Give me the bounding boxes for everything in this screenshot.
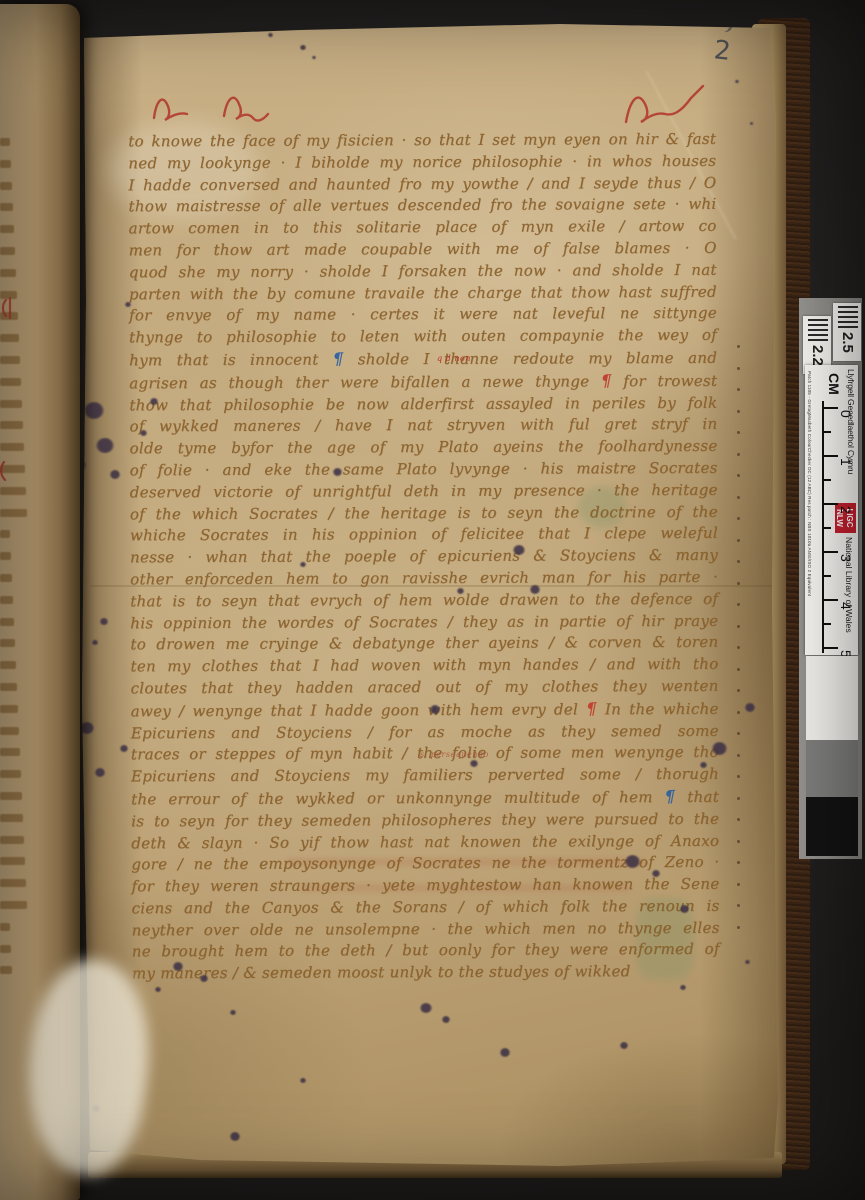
- ink-blot: [300, 1078, 306, 1083]
- pricking-hole: [737, 625, 740, 628]
- manuscript-line: ten my clothes that I had woven with myn…: [130, 654, 718, 678]
- manuscript-line: nesse · whan that the poeple of epicurie…: [130, 545, 718, 569]
- manuscript-line: of the which Socrates / the heritage is …: [130, 501, 718, 525]
- ink-blot: [680, 905, 689, 913]
- ruler-tick: [824, 599, 838, 601]
- ruler-tick-minor: [824, 479, 831, 481]
- pricking-hole: [737, 711, 740, 714]
- ruler-scale: 012345: [805, 365, 858, 655]
- interlinear-gloss: s. persequendo: [420, 751, 489, 759]
- grayscale-patch-gray: [806, 740, 858, 797]
- manuscript-line: ne brought hem to the deth / but oonly f…: [132, 939, 720, 963]
- manuscript-line: I hadde conversed and haunted fro my yow…: [128, 172, 716, 196]
- ink-blot: [80, 722, 94, 734]
- ruler-number: 4: [838, 602, 854, 610]
- manuscript-line: his oppinion the wordes of Socrates / th…: [130, 610, 718, 634]
- ink-blot: [200, 975, 208, 982]
- ink-blot: [95, 768, 105, 777]
- pilcrow-mark: ¶: [586, 699, 597, 718]
- ruler-tick-minor: [824, 431, 831, 433]
- pricking-hole: [737, 840, 740, 843]
- ink-blot: [712, 742, 727, 755]
- ruler-number: 1: [838, 458, 854, 466]
- ink-blot: [110, 470, 120, 479]
- pricking-hole: [737, 345, 740, 348]
- ruler-tick: [824, 503, 838, 505]
- pricking-hole: [737, 754, 740, 757]
- manuscript-line: other enforceden hem to gon ravisshe evr…: [130, 567, 718, 591]
- pricking-hole: [737, 926, 740, 929]
- pricking-hole: [737, 367, 740, 370]
- manuscript-line: deserved victorie of unrightful deth in …: [130, 479, 718, 503]
- ink-blot: [230, 1010, 236, 1015]
- manuscript-line: deth & slayn · So yif thow hast nat know…: [131, 830, 719, 854]
- calibration-label-value: 2.5: [837, 332, 857, 353]
- ink-blot: [430, 705, 440, 714]
- ink-blot: [300, 45, 306, 50]
- manuscript-line: olde tyme byfor the age of my Plato ayei…: [129, 436, 717, 460]
- pricking-hole: [737, 646, 740, 649]
- ruler-tick-minor: [824, 527, 831, 529]
- ink-blot: [745, 703, 755, 712]
- ink-blot: [150, 398, 158, 405]
- barcode-stripes-icon: [838, 306, 858, 328]
- pricking-hole: [737, 904, 740, 907]
- pricking-hole: [737, 560, 740, 563]
- pricking-hole: [737, 861, 740, 864]
- manuscript-line: parten with the by comune travaile the c…: [129, 281, 717, 305]
- manuscript-line: of folie · and eke the same Plato lyvyng…: [130, 458, 718, 482]
- margin-rubric-marks: [0, 4, 40, 1200]
- manuscript-line: for envye of my name · certes it were na…: [129, 303, 717, 327]
- ink-blot: [120, 745, 128, 752]
- ruler-number: 2: [838, 506, 854, 514]
- ink-blot: [312, 56, 316, 59]
- pricking-hole: [737, 431, 740, 434]
- pricking-hole: [737, 775, 740, 778]
- ruler-tick-minor: [824, 623, 831, 625]
- manuscript-line: agrisen as though ther were bifallen a n…: [129, 369, 717, 394]
- calibration-label-value: 2.2: [807, 345, 827, 366]
- manuscript-line: thow that philosophie be now alderfirst …: [129, 392, 717, 416]
- grayscale-patch-black: [806, 797, 858, 856]
- manuscript-line: ned my lookynge · I biholde my norice ph…: [128, 151, 716, 175]
- pricking-hole: [737, 453, 740, 456]
- pricking-hole: [737, 474, 740, 477]
- ruler: Llyfrgell Genedlaethol Cymru LlGC NLW Na…: [805, 365, 858, 655]
- manuscript-line: that is to seyn that evrych of hem wolde…: [130, 588, 718, 612]
- manuscript-line: my maneres / & semeden moost unlyk to th…: [132, 961, 720, 985]
- pricking-hole: [737, 410, 740, 413]
- ink-blot: [420, 1003, 432, 1013]
- ink-blot: [530, 585, 540, 594]
- pricking-hole: [737, 883, 740, 886]
- pilcrow-mark: ¶: [664, 787, 675, 806]
- ruler-tick-minor: [824, 575, 831, 577]
- ink-blot: [155, 987, 161, 992]
- manuscript-line: quod she my norry · sholde I forsaken th…: [129, 260, 717, 284]
- pricking-hole: [737, 517, 740, 520]
- manuscript-line: to knowe the face of my fisicien · so th…: [128, 129, 716, 153]
- ruler-tick: [824, 455, 838, 457]
- manuscript-line: whiche Socrates in his oppinion of felic…: [130, 523, 718, 547]
- ink-blot: [470, 760, 478, 767]
- manuscript-line: thynge to philosophie to leten with oute…: [129, 325, 717, 349]
- ink-blot: [457, 588, 464, 594]
- ruler-tick: [824, 551, 838, 553]
- pilcrow-mark: ¶: [601, 371, 612, 390]
- ruler-number: 0: [838, 410, 854, 418]
- ruler-tick: [824, 407, 838, 409]
- manuscript-line: the errour of the wykked or unkonnynge m…: [131, 786, 719, 811]
- barcode-stripes-icon: [808, 319, 828, 341]
- pricking-hole: [737, 603, 740, 606]
- pricking-hole: [737, 689, 740, 692]
- ink-blot: [173, 962, 183, 971]
- ink-blot: [442, 1016, 450, 1023]
- ink-blot: [625, 855, 640, 868]
- grayscale-patch-white: [806, 656, 858, 740]
- ink-blot: [333, 468, 342, 476]
- folio-number: 2: [712, 35, 732, 67]
- ruler-tick: [824, 647, 838, 649]
- ink-blot: [700, 762, 707, 768]
- ink-blot: [140, 430, 147, 436]
- pricking-hole: [737, 539, 740, 542]
- ink-blot: [620, 1042, 628, 1049]
- pilcrow-mark: ¶: [333, 349, 344, 368]
- ink-blot: [84, 402, 104, 419]
- interlinear-gloss: q d non: [437, 355, 471, 363]
- manuscript-line: Epicuriens and Stoyciens / for as moche …: [131, 720, 719, 744]
- manuscript-line: to drowen me cryinge & debatynge ther ay…: [130, 632, 718, 656]
- calibration-label-2-5: 2.5: [833, 303, 861, 361]
- ink-blot: [500, 1048, 510, 1057]
- pricking-hole: [737, 797, 740, 800]
- manuscript-line: thow maistresse of alle vertues descende…: [128, 194, 716, 218]
- manuscript-line: ciens and the Canyos & the Sorans / of w…: [131, 896, 719, 920]
- pricking-hole: [737, 818, 740, 821]
- manuscript-line: awey / wenynge that I hadde goon with he…: [131, 697, 719, 722]
- ink-blot: [652, 870, 660, 877]
- ink-blot: [230, 1132, 240, 1141]
- manuscript-photo: to knowe the face of my fisicien · so th…: [0, 0, 865, 1200]
- manuscript-line: for they weren straungers · yete myghtes…: [131, 874, 719, 898]
- pricking-hole: [737, 496, 740, 499]
- manuscript-line: hym that is innocent ¶ sholde I thanne r…: [129, 347, 717, 372]
- pricking-hole: [737, 388, 740, 391]
- manuscript-line: men for thow art made coupable with me o…: [129, 238, 717, 262]
- pricking-hole: [737, 582, 740, 585]
- manuscript-line: neyther over olde ne unsolempne · the wh…: [132, 917, 720, 941]
- manuscript-line: Epicuriens and Stoyciens my familiers pe…: [131, 764, 719, 788]
- ink-blot: [750, 122, 753, 125]
- manuscript-line: is to seyn for they semeden philosophere…: [131, 808, 719, 832]
- ink-blot: [100, 618, 108, 625]
- pricking-hole: [737, 732, 740, 735]
- pricking-hole: [737, 668, 740, 671]
- ink-blot: [680, 985, 686, 990]
- ruler-fine-print: Patch 1105 - GretagMacbeth ColourChecker…: [807, 371, 812, 653]
- ink-blot: [268, 33, 273, 37]
- manuscript-line: cloutes that they hadden araced out of m…: [131, 676, 719, 700]
- manuscript-line: artow comen in to this solitarie place o…: [129, 216, 717, 240]
- ruler-number: 3: [838, 554, 854, 562]
- manuscript-line: of wykked maneres / have I nat stryven w…: [129, 414, 717, 438]
